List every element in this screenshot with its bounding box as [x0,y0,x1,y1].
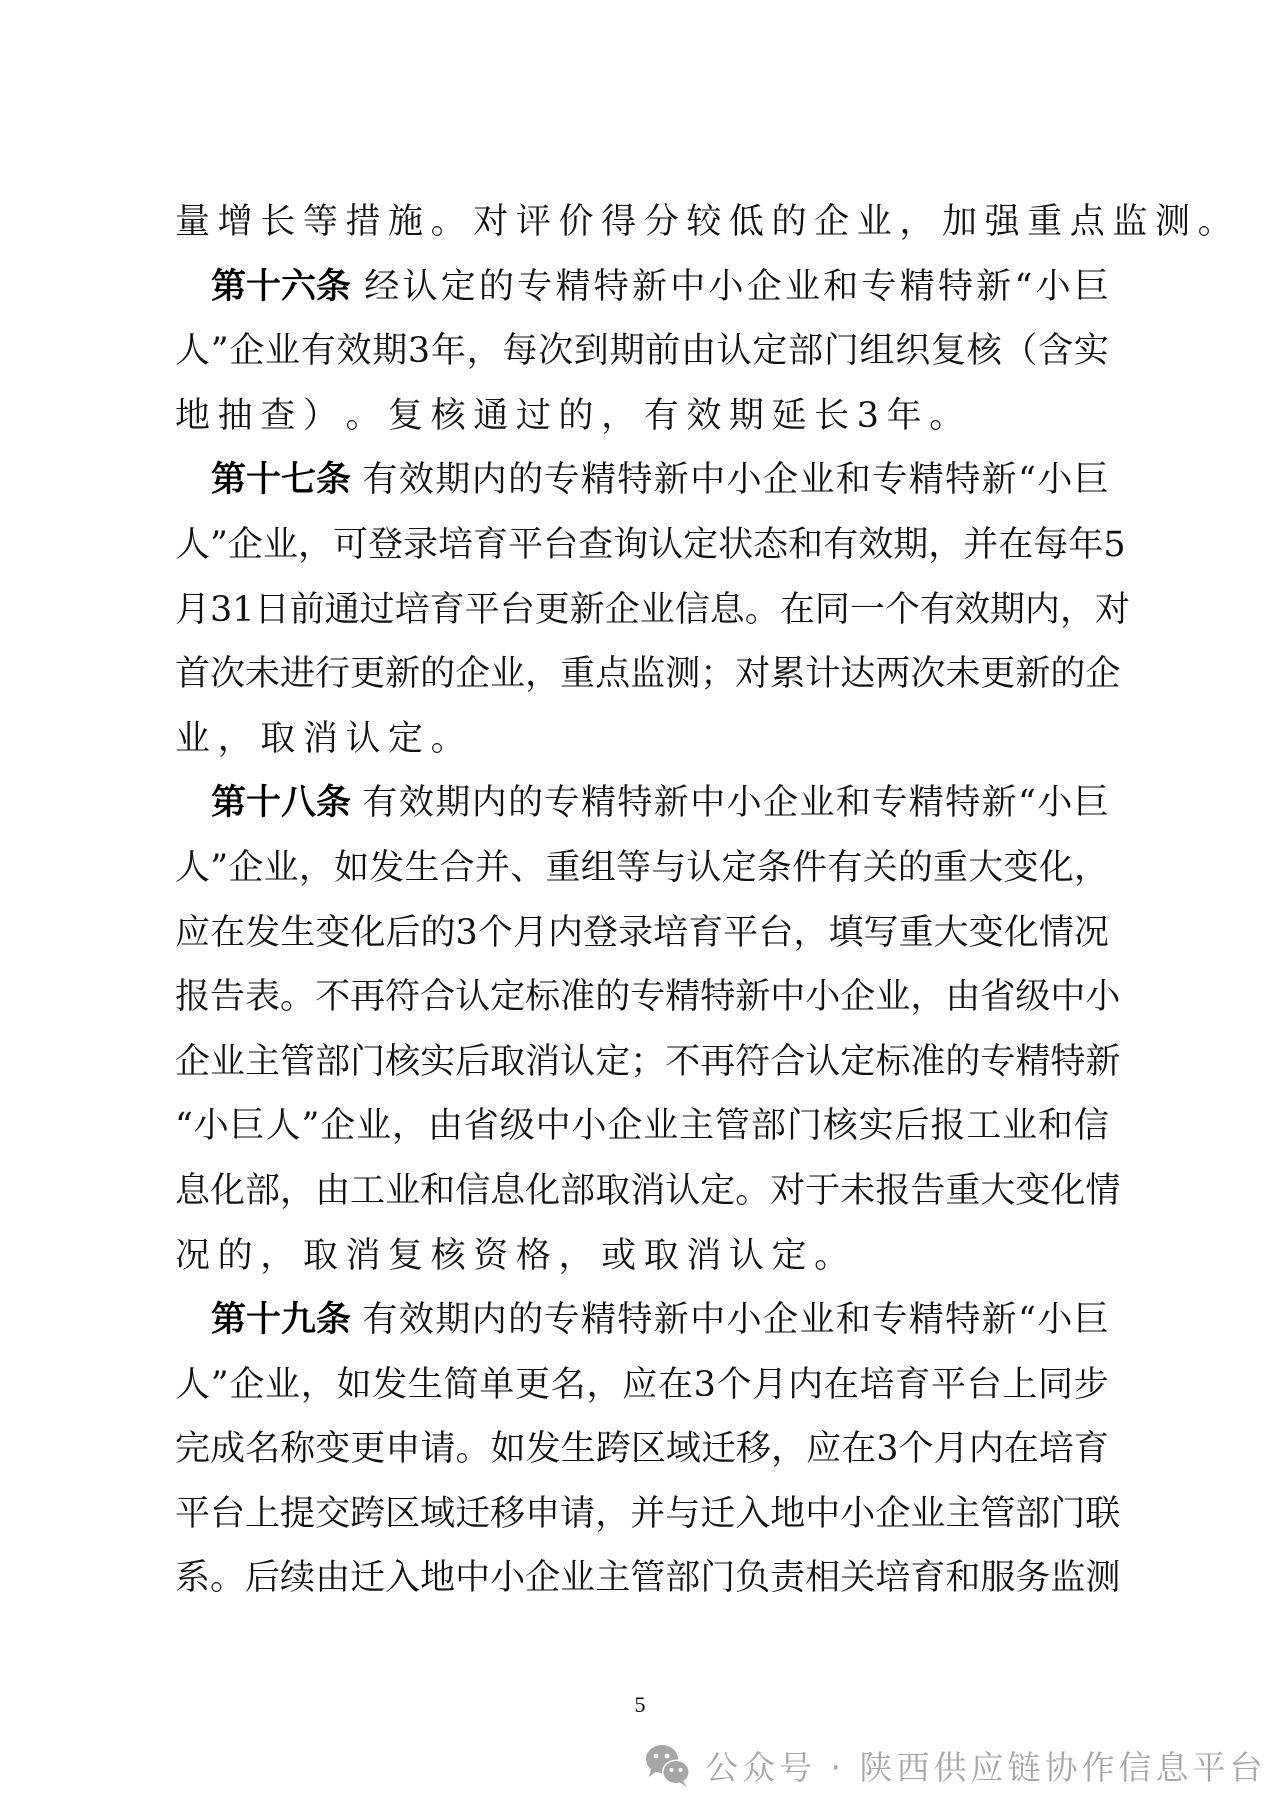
paragraph-line: 应在发生变化后的3个月内登录培育平台，填写重大变化情况 [175,901,1109,966]
paragraph-line: 人”企业，如发生合并、重组等与认定条件有关的重大变化， [175,836,1109,901]
article-heading: 第十六条 [211,255,351,320]
paragraph-line: 报告表。不再符合认定标准的专精特新中小企业，由省级中小 [175,965,1109,1030]
paragraph-line: 月31日前通过培育平台更新企业信息。在同一个有效期内，对 [175,578,1109,643]
article-first-line: 第十六条经认定的专精特新中小企业和专精特新“小巨 [175,255,1109,320]
article-heading: 第十七条 [211,448,351,513]
paragraph-line: 量增长等措施。对评价得分较低的企业，加强重点监测。 [175,190,1109,255]
article-first-line: 第十九条有效期内的专精特新中小企业和专精特新“小巨 [175,1288,1109,1353]
paragraph-line: 况的，取消复核资格，或取消认定。 [175,1224,1109,1289]
paragraph-line: 系。后续由迁入地中小企业主管部门负责相关培育和服务监测 [175,1546,1109,1611]
article-heading: 第十八条 [211,771,351,836]
paragraph-line: 平台上提交跨区域迁移申请，并与迁入地中小企业主管部门联 [175,1482,1109,1547]
paragraph-line: 地抽查）。复核通过的，有效期延长3年。 [175,384,1109,449]
paragraph-line: 首次未进行更新的企业，重点监测；对累计达两次未更新的企 [175,642,1109,707]
paragraph-line: 息化部，由工业和信息化部取消认定。对于未报告重大变化情 [175,1159,1109,1224]
page-number: 5 [630,1692,650,1718]
article-first-line: 第十七条有效期内的专精特新中小企业和专精特新“小巨 [175,448,1109,513]
document-body: 量增长等措施。对评价得分较低的企业，加强重点监测。第十六条经认定的专精特新中小企… [175,190,1109,1611]
account-watermark: 公众号 · 陕西供应链协作信息平台 [643,1742,1266,1788]
paragraph-line: 完成名称变更申请。如发生跨区域迁移，应在3个月内在培育 [175,1417,1109,1482]
document-page: 量增长等措施。对评价得分较低的企业，加强重点监测。第十六条经认定的专精特新中小企… [0,0,1280,1810]
paragraph-line: 人”企业，如发生简单更名，应在3个月内在培育平台上同步 [175,1353,1109,1418]
paragraph-line: 人”企业有效期3年，每次到期前由认定部门组织复核（含实 [175,319,1109,384]
paragraph-line: 人”企业，可登录培育平台查询认定状态和有效期，并在每年5 [175,513,1109,578]
article-heading: 第十九条 [211,1288,351,1353]
paragraph-line: 业，取消认定。 [175,707,1109,772]
paragraph-line: 企业主管部门核实后取消认定；不再符合认定标准的专精特新 [175,1030,1109,1095]
watermark-text: 公众号 · 陕西供应链协作信息平台 [705,1742,1266,1789]
wechat-icon [643,1742,693,1788]
paragraph-line: “小巨人”企业，由省级中小企业主管部门核实后报工业和信 [175,1094,1109,1159]
article-first-line: 第十八条有效期内的专精特新中小企业和专精特新“小巨 [175,771,1109,836]
